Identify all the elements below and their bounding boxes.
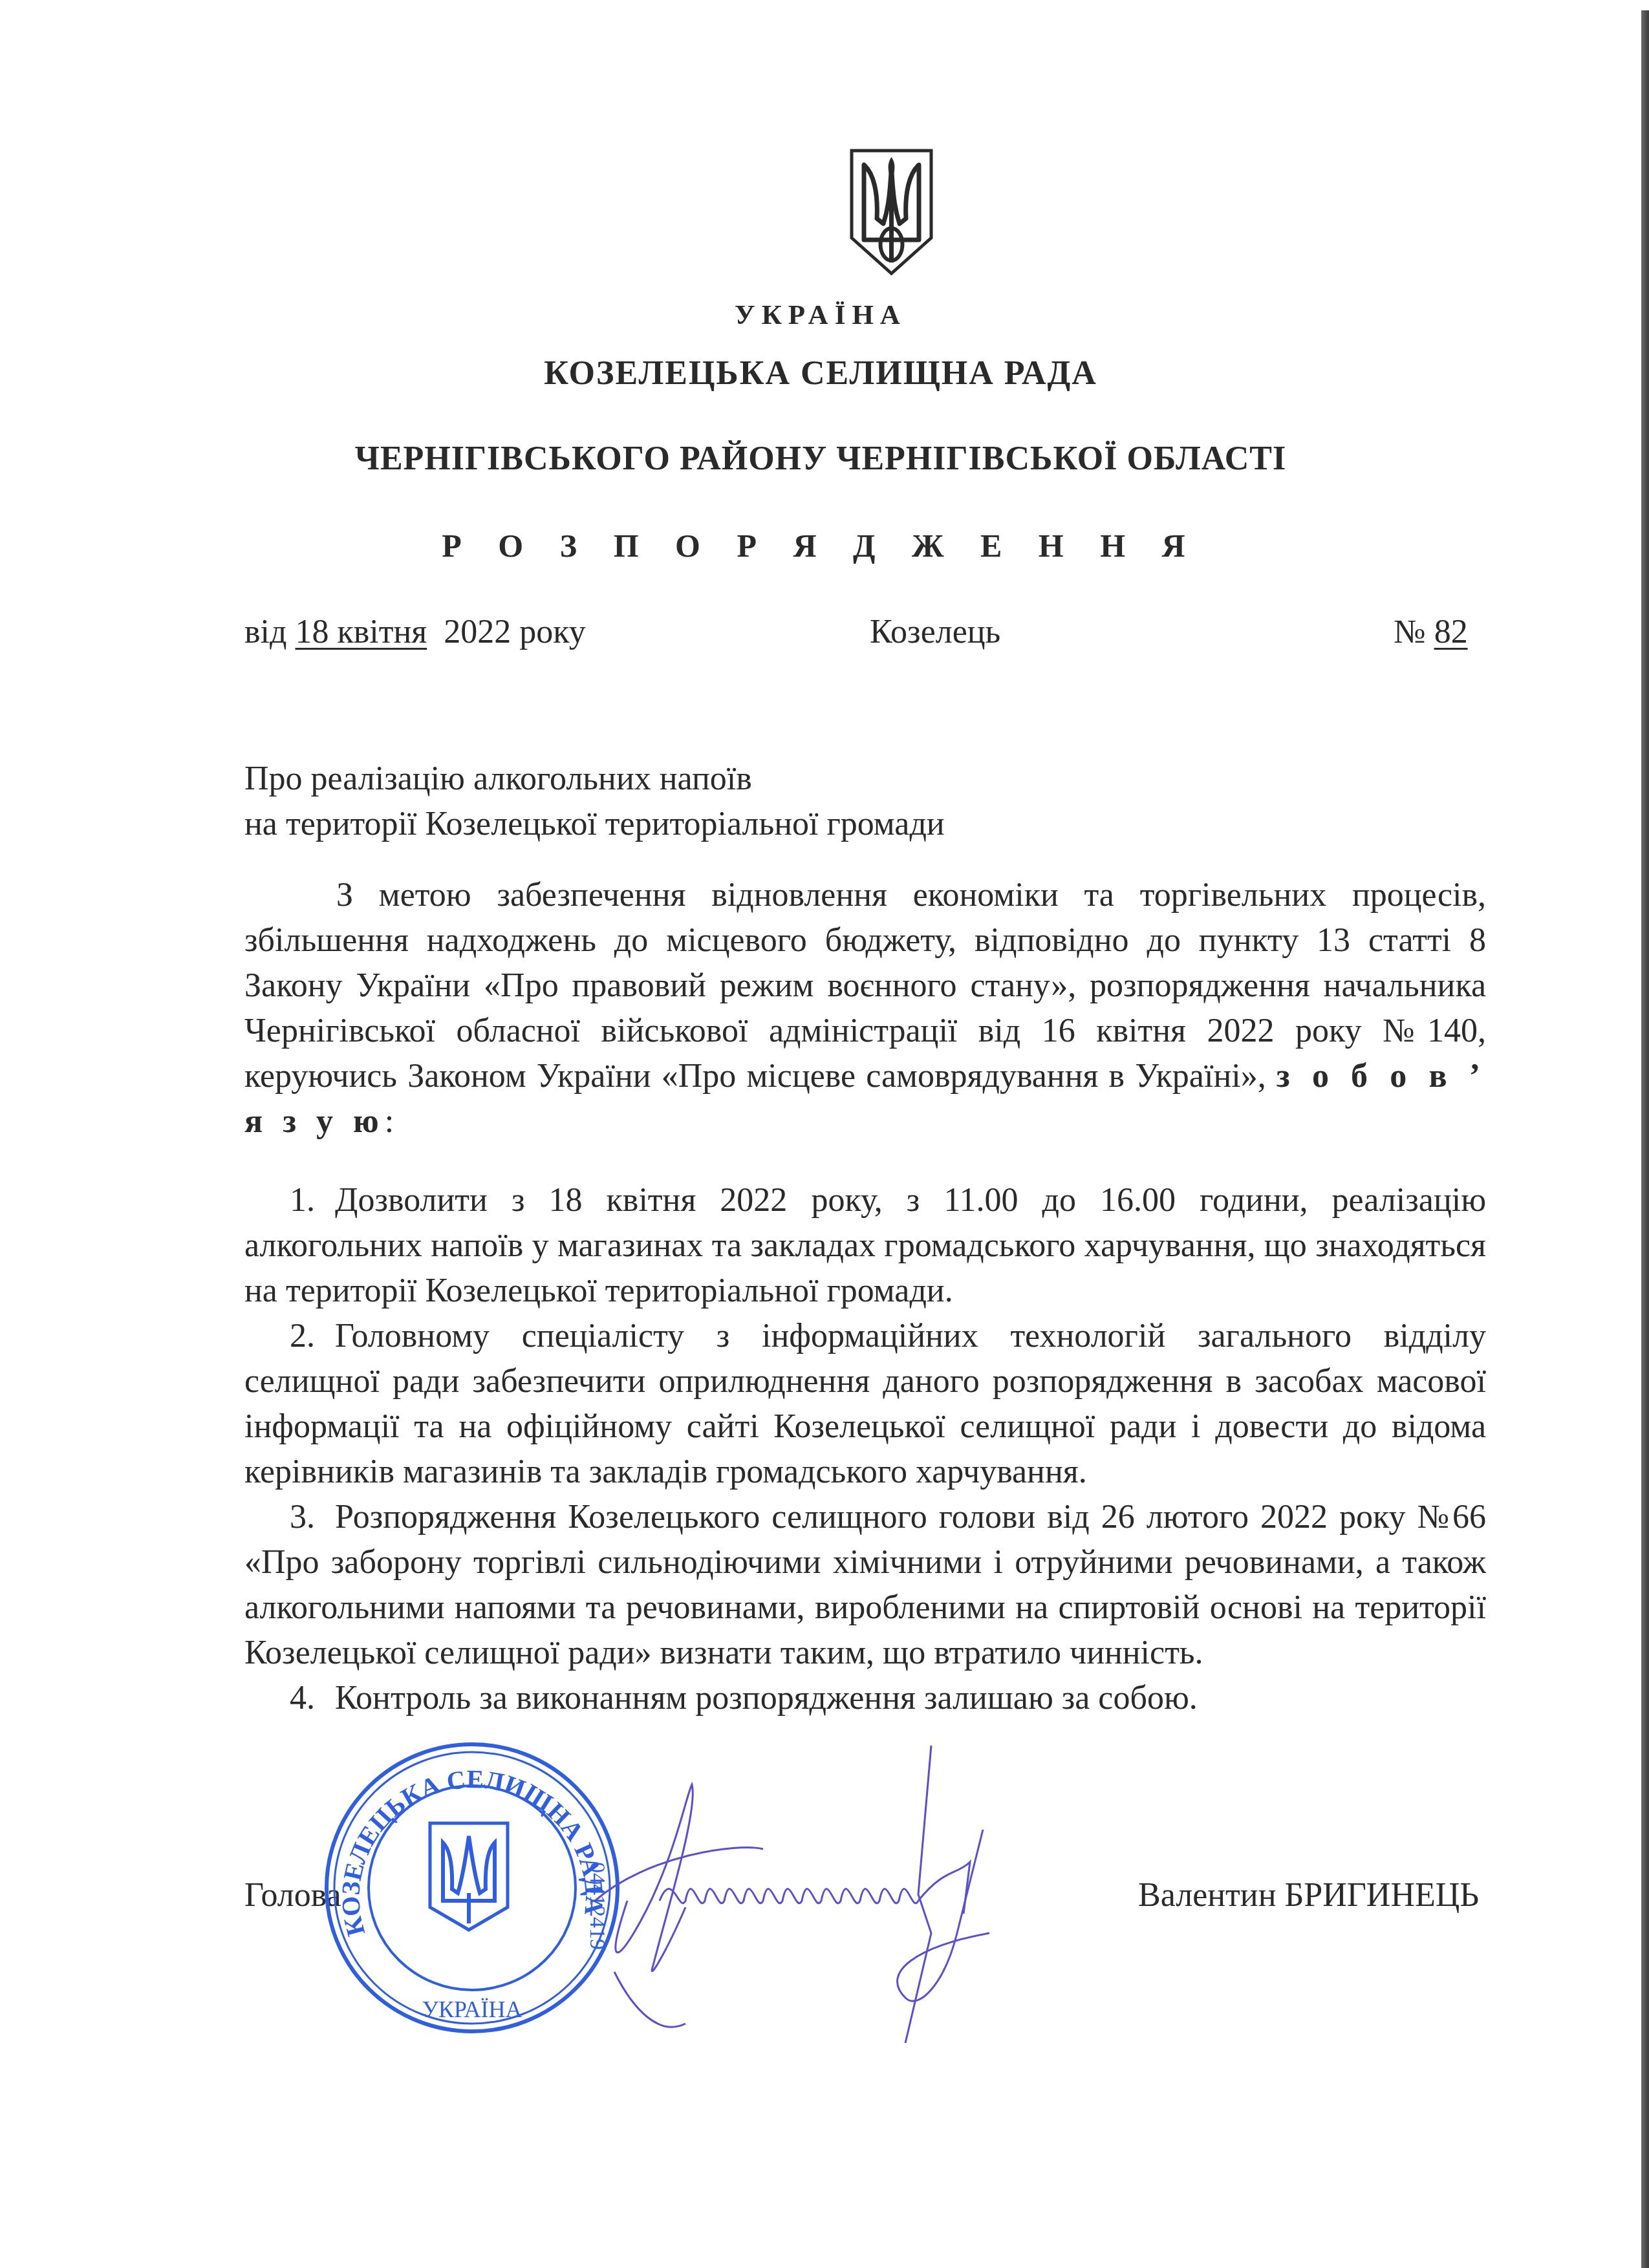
district-heading: ЧЕРНІГІВСЬКОГО РАЙОНУ ЧЕРНІГІВСЬКОЇ ОБЛА… [0, 440, 1641, 478]
subject-line-2: на території Козелецької територіальної … [244, 802, 945, 847]
document-place: Козелець [870, 613, 1000, 651]
order-item: 4.Контроль за виконанням розпорядження з… [244, 1676, 1486, 1721]
order-items-list: 1.Дозволити з 18 квітня 2022 року, з 11.… [244, 1178, 1486, 1721]
subject-line-1: Про реалізацію алкогольних напоїв [244, 756, 945, 802]
directive-suffix: : [385, 1103, 394, 1140]
number-prefix: № [1394, 614, 1426, 650]
country-heading: УКРАЇНА [0, 299, 1641, 331]
date-day-month: 18 квітня [295, 614, 427, 650]
date-prefix: від [244, 614, 286, 650]
order-item: 1.Дозволити з 18 квітня 2022 року, з 11.… [244, 1178, 1486, 1314]
council-heading: КОЗЕЛЕЦЬКА СЕЛИЩНА РАДА [0, 354, 1641, 392]
number-value: 82 [1434, 614, 1468, 650]
handwritten-signature-icon [569, 1739, 1022, 2056]
document-date: від 18 квітня 2022 року [244, 613, 586, 651]
coat-of-arms-icon [848, 147, 935, 277]
date-year: 2022 року [444, 614, 586, 650]
order-item: 2.Головному спеціалісту з інформаційних … [244, 1314, 1486, 1495]
order-item: 3.Розпорядження Козелецького селищного г… [244, 1495, 1486, 1676]
signatory-name: Валентин БРИГИНЕЦЬ [1138, 1876, 1479, 1914]
document-page: УКРАЇНА КОЗЕЛЕЦЬКА СЕЛИЩНА РАДА ЧЕРНІГІВ… [0, 0, 1641, 2268]
document-type-heading: Р О З П О Р Я Д Ж Е Н Н Я [0, 527, 1641, 564]
scan-edge-border [1641, 10, 1649, 2268]
svg-text:УКРАЇНА: УКРАЇНА [422, 1996, 523, 2022]
preamble-paragraph: З метою забезпечення відновлення економі… [244, 873, 1486, 1144]
document-number: № 82 [1394, 613, 1468, 651]
document-subject: Про реалізацію алкогольних напоїв на тер… [244, 756, 945, 847]
